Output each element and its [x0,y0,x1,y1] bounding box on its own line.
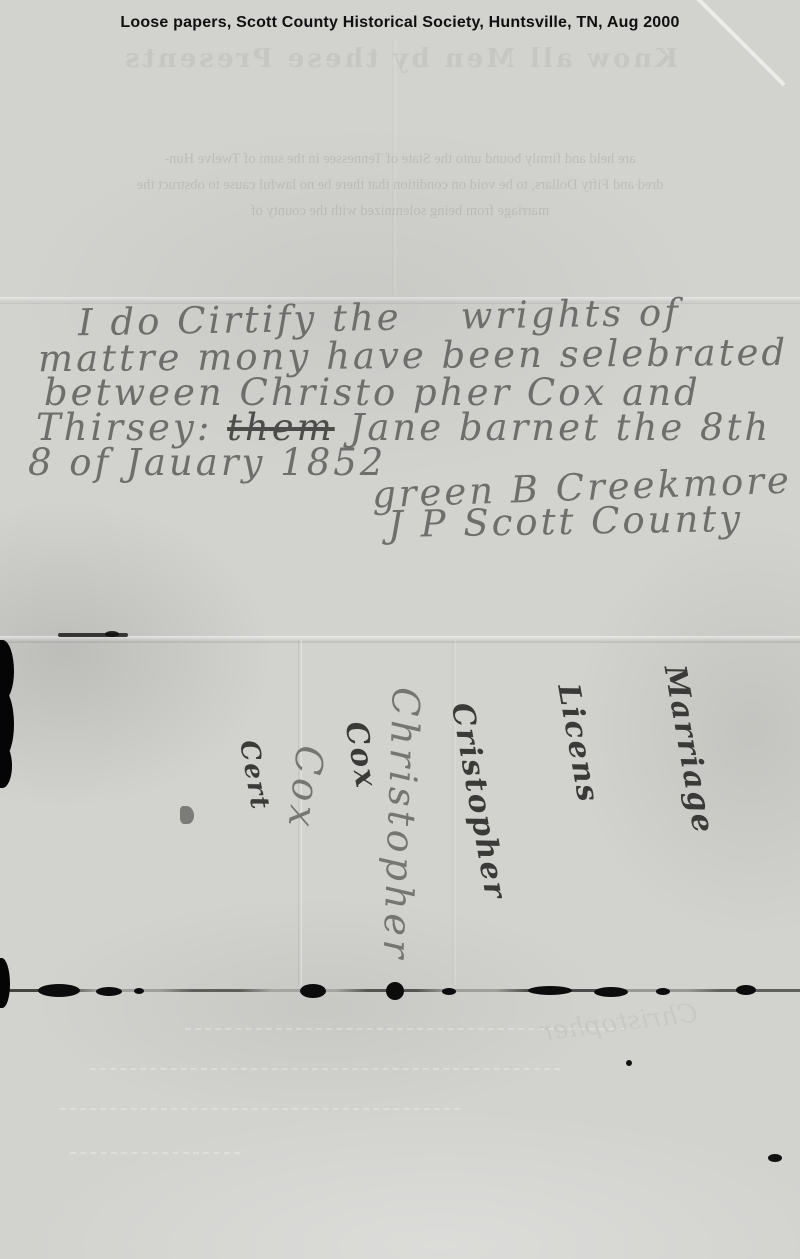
tear-stain [528,986,572,995]
tear-stain [442,988,456,995]
tear-stain [38,984,80,997]
ghost-bleed-name: Christopher [539,998,700,1047]
embossed-rule [70,1152,240,1154]
ghost-print-body: are held and firmly bound unto the State… [48,146,752,224]
ghost-print-line: dred and Fifty Dollars, to be void on co… [48,172,752,198]
corner-cut-edge [695,0,786,87]
embossed-rule [90,1068,560,1070]
ghost-print-line: are held and firmly bound unto the State… [48,146,752,172]
tear-stain [96,987,122,996]
tear-stain [736,985,756,995]
handwritten-line-4-post: Jane barnet the 8th [335,406,772,449]
docket-line-cert: Cert [230,738,300,941]
docket-line-cristopher: Cristopher [443,700,513,903]
tear-stain [594,987,628,997]
document-paper: Loose papers, Scott County Historical So… [0,0,800,1259]
scanned-photo: Loose papers, Scott County Historical So… [0,0,800,1259]
embossed-rule [60,1108,460,1110]
ghost-print-heading: Know all Men by these Presents [110,44,690,74]
tear-stain [386,982,404,1000]
docket-line-licens: Licens [549,681,619,884]
handwritten-line-5: 8 of Jauary 1852 [28,441,386,484]
ghost-print-line: marriage from being solemnized with the … [48,198,752,224]
docket-line-marriage: Marriage [656,663,726,866]
paper-stain [180,806,194,824]
ink-speck [626,1060,632,1066]
archive-caption: Loose papers, Scott County Historical So… [0,14,800,32]
crease-stain [105,631,119,637]
docket-note: Marriage Licens Cristopher Cox Cert [159,650,796,953]
tear-stain [656,988,670,995]
ink-speck [768,1154,782,1162]
tear-stain [300,984,326,998]
clerk-title: J P Scott County [388,497,744,546]
torn-fold [0,980,800,1002]
tear-stain [134,988,144,994]
docket-line-cox: Cox [337,719,407,922]
fold-crease-middle [0,636,800,643]
